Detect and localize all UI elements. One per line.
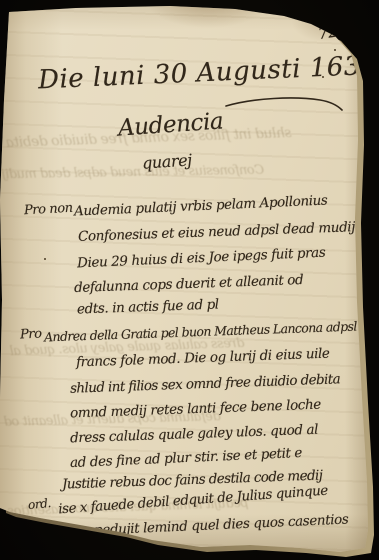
photo-background: shlud int filios sex omnd free diuidio d… [0, 0, 379, 560]
session-subtitle: quarej [141, 150, 192, 172]
margin-note: ord. [27, 496, 51, 512]
ink-speck [44, 258, 46, 260]
margin-note: Pro non [24, 201, 73, 219]
margin-note: Pro [20, 326, 42, 342]
manuscript-line: edts. in actis fue ad pl [77, 297, 219, 318]
manuscript-line: shlud int filios sex omnd free diuidio d… [70, 371, 341, 396]
manuscript-line: Dieu 29 huius di eis Joe ipegs fuit pras [77, 245, 326, 272]
date-heading: Die luni 30 Augusti 1632 [38, 51, 379, 96]
manuscript-line: defalunna cops duerit et alleanit od [74, 272, 304, 296]
ink-speck [334, 49, 336, 51]
page-number: 725 [317, 20, 349, 43]
bleed-through-text: Confonesius et eius neud adpsl dead mudi… [2, 163, 264, 183]
manuscript-line: ad des fine ad plur stir. ise et petit e [70, 445, 303, 471]
ink-underline-flourish [224, 94, 344, 112]
manuscript-line: Audemia pulatij vrbis pelam Apollonius [74, 192, 328, 219]
manuscript-page: shlud int filios sex omnd free diuidio d… [0, 0, 379, 560]
manuscript-line: pedujit lemind quel dies quos casentios [94, 511, 349, 538]
manuscript-line: Confonesius et eius neud adpsl dead mudi… [78, 219, 355, 245]
